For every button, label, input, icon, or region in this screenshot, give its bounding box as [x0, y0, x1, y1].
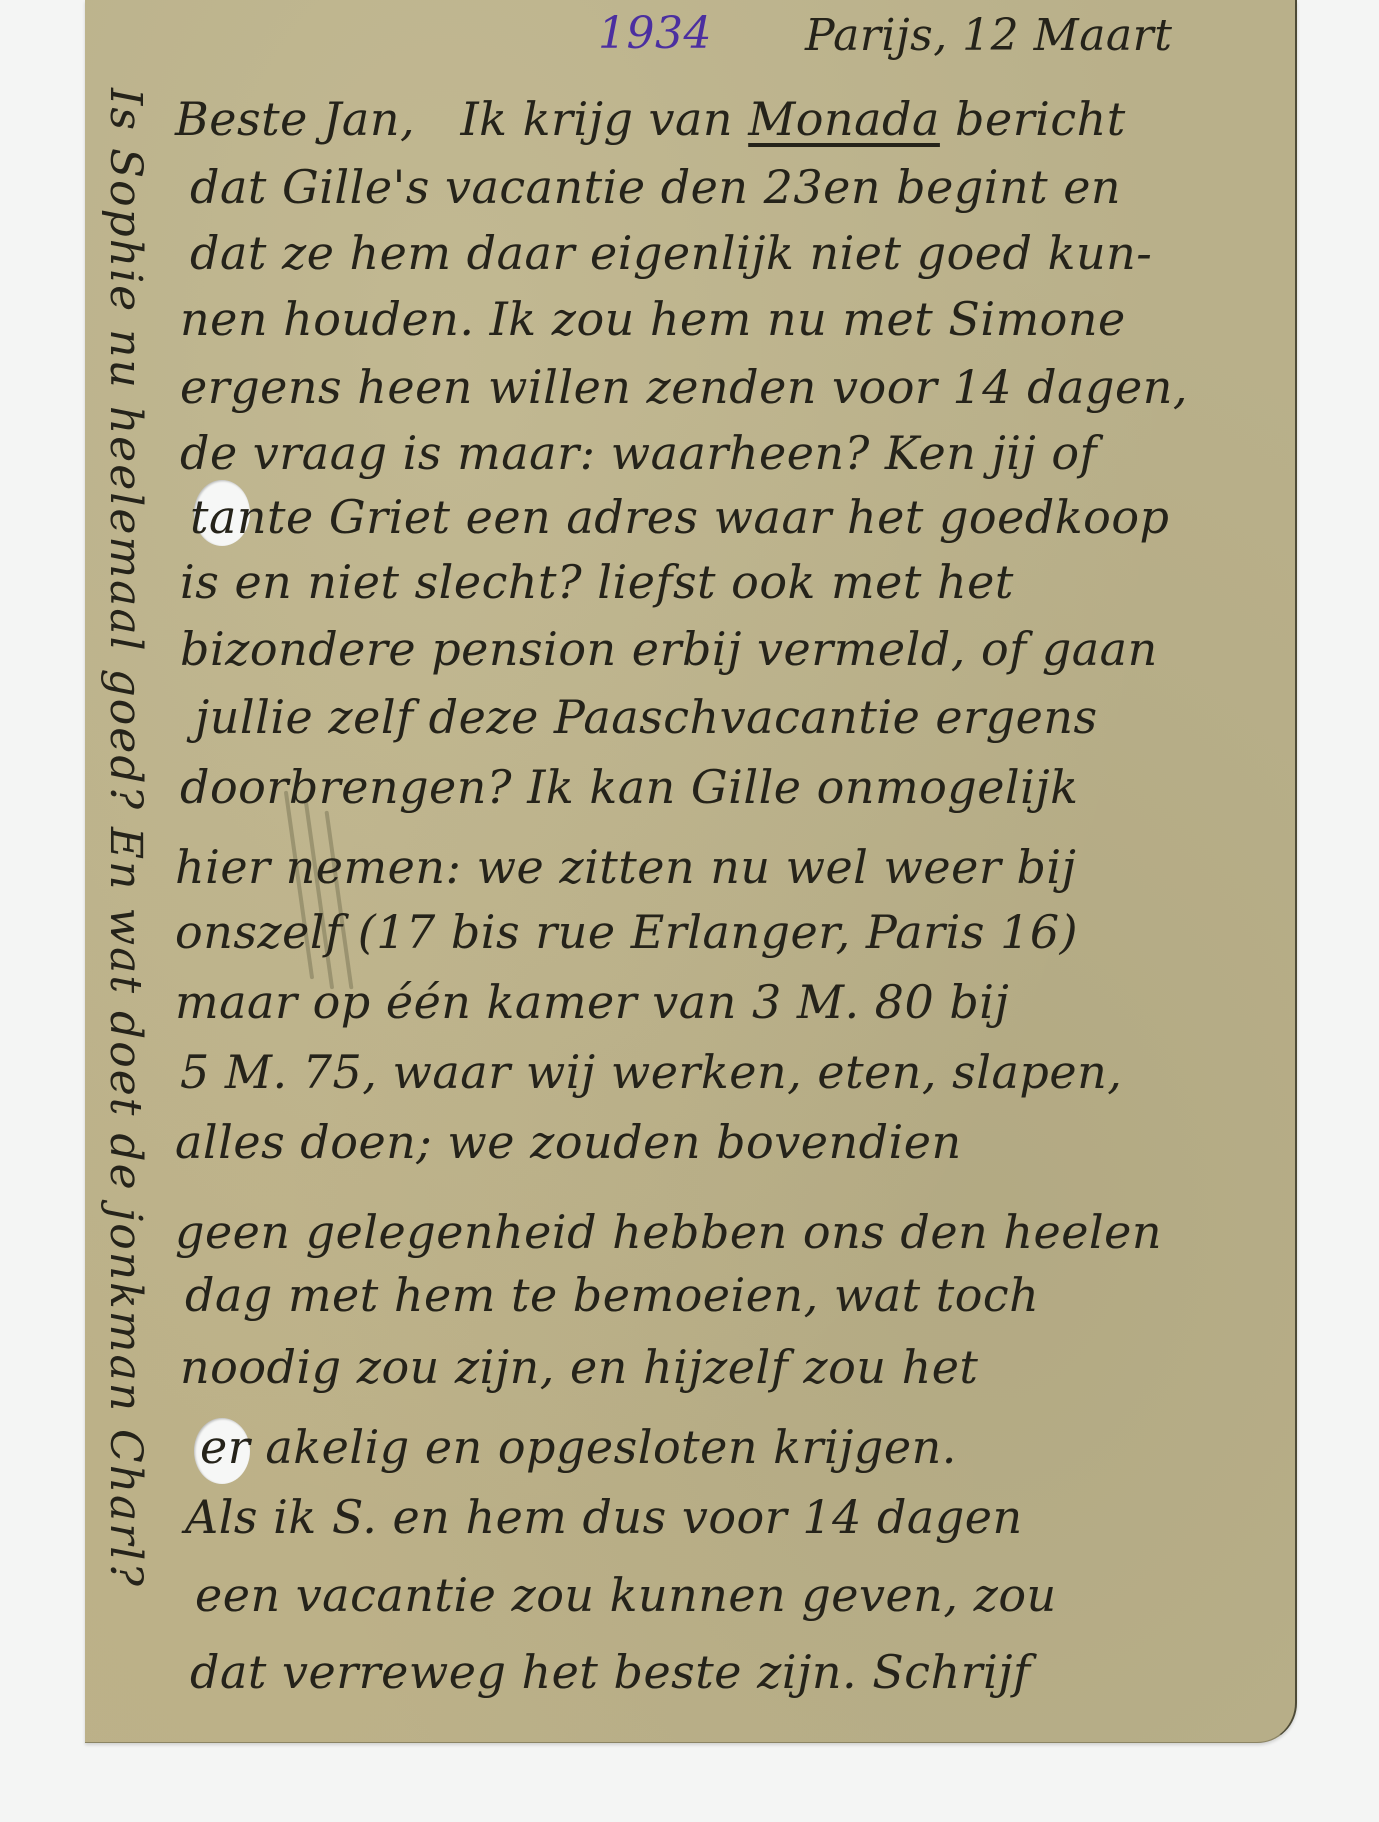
letter-line: tante Griet een adres waar het goedkoop — [190, 490, 1169, 544]
margin-note: Is Sophie nu heelemaal goed? En wat doet… — [100, 88, 151, 1588]
line-1-text: Ik krijg van — [430, 92, 748, 146]
letter-line: de vraag is maar: waarheen? Ken jij of — [180, 426, 1097, 480]
letter-line: alles doen; we zouden bovendien — [175, 1115, 962, 1169]
salutation: Beste Jan, — [175, 92, 415, 146]
letter-line: dag met hem te bemoeien, wat toch — [185, 1268, 1039, 1322]
letter-line: nen houden. Ik zou hem nu met Simone — [180, 292, 1126, 346]
letter-line: dat Gille's vacantie den 23en begint en — [190, 160, 1121, 214]
letter-line: doorbrengen? Ik kan Gille onmogelijk — [180, 760, 1079, 814]
letter-line: dat ze hem daar eigenlijk niet goed kun- — [190, 226, 1152, 280]
letter-line: ergens heen willen zenden voor 14 dagen, — [180, 360, 1188, 414]
letter-line: noodig zou zijn, en hijzelf zou het — [180, 1340, 978, 1394]
letter-line: geen gelegenheid hebben ons den heelen — [175, 1205, 1162, 1259]
letter-line: is en niet slecht? liefst ook met het — [180, 555, 1014, 609]
letter-line: hier nemen: we zitten nu wel weer bij — [175, 840, 1076, 894]
letter-line: onszelf (17 bis rue Erlanger, Paris 16) — [175, 905, 1078, 959]
letter-line: er akelig en opgesloten krijgen. — [200, 1420, 957, 1474]
year-annotation: 1934 — [598, 8, 712, 59]
letter-line-1: Beste Jan, Ik krijg van Monada bericht — [175, 92, 1126, 146]
letter-line: bizondere pension erbij vermeld, of gaan — [180, 622, 1158, 676]
letter-line: jullie zelf deze Paaschvacantie ergens — [195, 690, 1098, 744]
place-date: Parijs, 12 Maart — [805, 10, 1172, 61]
letter-line: dat verreweg het beste zijn. Schrijf — [190, 1645, 1031, 1699]
letter-line: Als ik S. en hem dus voor 14 dagen — [185, 1490, 1023, 1544]
underlined-name: Monada — [748, 92, 940, 146]
letter-line: een vacantie zou kunnen geven, zou — [195, 1568, 1057, 1622]
letter-line: 5 M. 75, waar wij werken, eten, slapen, — [180, 1045, 1122, 1099]
letter-line: maar op één kamer van 3 M. 80 bij — [175, 975, 1009, 1029]
